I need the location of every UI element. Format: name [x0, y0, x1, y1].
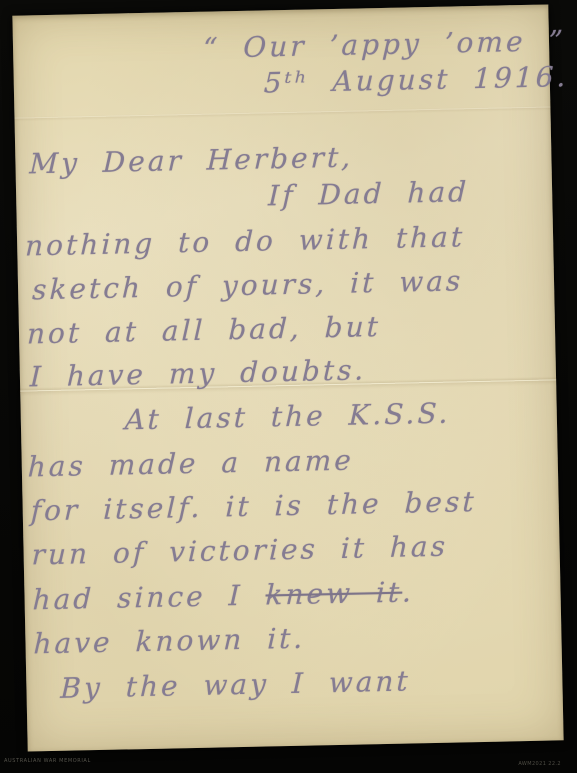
letter-line: If Dad had — [268, 173, 470, 215]
letter-line: not at all bad, but — [26, 308, 381, 353]
letter-page: “ Our ’appy ’ome ” 5ᵗʰ August 1916. My D… — [12, 4, 563, 751]
archive-holder-label: AUSTRALIAN WAR MEMORIAL — [4, 758, 91, 764]
letter-line: has made a name — [27, 442, 354, 487]
letter-line: run of victories it has — [31, 528, 449, 575]
letter-line: At last the K.S.S. — [124, 395, 451, 440]
letter-line: sketch of yours, it was — [32, 262, 464, 309]
fold-crease — [14, 106, 550, 118]
letter-line: I have my doubts. — [29, 351, 367, 396]
letter-text: . — [402, 575, 415, 608]
archive-item-id: AWM2021 22.2 — [518, 761, 561, 767]
letter-line: By the way I want — [60, 662, 411, 707]
letter-line: for itself. it is the best — [30, 483, 477, 530]
letter-line: have known it. — [33, 620, 306, 664]
letter-text: had since I — [32, 579, 266, 617]
scan-background: “ Our ’appy ’ome ” 5ᵗʰ August 1916. My D… — [0, 0, 577, 773]
letter-date-line: 5ᵗʰ August 1916. — [263, 58, 569, 102]
letter-line: nothing to do with that — [25, 218, 466, 265]
letter-line-with-strikethrough: had since I knew it. — [32, 573, 415, 619]
struck-text: knew it — [265, 576, 403, 612]
